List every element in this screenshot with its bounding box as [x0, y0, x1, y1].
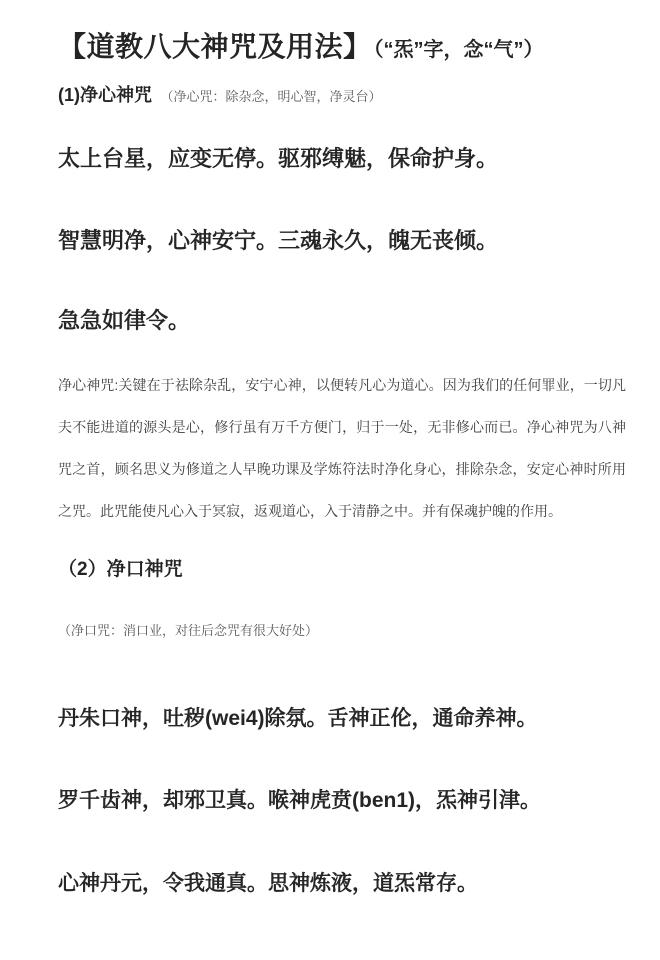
section2-heading-note: （净口咒：消口业，对往后念咒有很大好处）: [58, 622, 630, 640]
page-title: 【道教八大神咒及用法】（“炁”字，念“气”）: [58, 30, 630, 64]
section1-heading: (1)净心神咒: [58, 85, 152, 105]
section2-verse-line-3: 心神丹元，令我通真。思神炼液，道炁常存。: [58, 869, 630, 899]
section1-verse-line-3: 急急如律令。: [58, 306, 630, 336]
section1-verse-line-2: 智慧明净，心神安宁。三魂永久，魄无丧倾。: [58, 226, 630, 256]
page-title-main: 【道教八大神咒及用法】: [58, 31, 372, 62]
section2-verse-line-1: 丹朱口神，吐秽(wei4)除氛。舌神正伦，通命养神。: [58, 704, 630, 734]
section1-heading-note: （净心咒：除杂念，明心智，净灵台）: [160, 89, 381, 104]
section1-verse-line-1: 太上台星，应变无停。驱邪缚魅，保命护身。: [58, 144, 630, 174]
section2-heading: （2）净口神咒: [58, 559, 183, 580]
section2-verse-line-2: 罗千齿神，却邪卫真。喉神虎贲(ben1)，炁神引津。: [58, 786, 630, 816]
section1-commentary-paragraph: 净心神咒:关键在于祛除杂乱，安宁心神，以便转凡心为道心。因为我们的任何罪业，一切…: [58, 364, 626, 532]
section2-heading-row: （2）净口神咒: [58, 558, 630, 582]
section1-heading-row: (1)净心神咒 （净心咒：除杂念，明心智，净灵台）: [58, 84, 630, 106]
document-page: 【道教八大神咒及用法】（“炁”字，念“气”） (1)净心神咒 （净心咒：除杂念，…: [0, 0, 660, 960]
page-title-pronunciation-note: （“炁”字，念“气”）: [374, 39, 544, 61]
